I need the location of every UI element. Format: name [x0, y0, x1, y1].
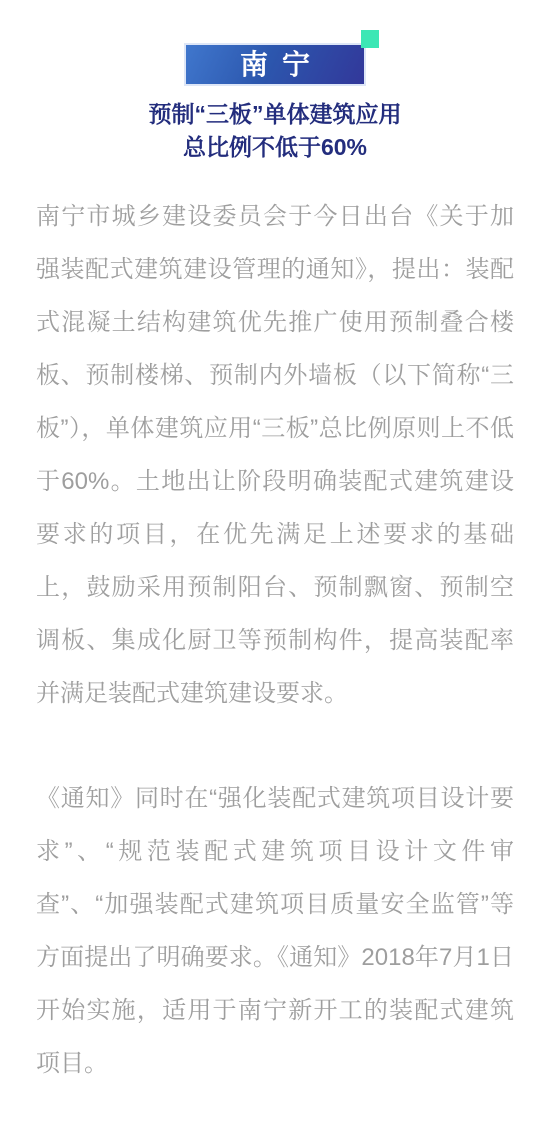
article-page: 南宁 预制“三板”单体建筑应用 总比例不低于60% 南宁市城乡建设委员会于今日出… — [0, 0, 550, 1137]
city-badge: 南宁 — [184, 43, 366, 86]
city-badge-label: 南宁 — [226, 51, 324, 79]
accent-square — [361, 30, 379, 48]
article-subtitle: 预制“三板”单体建筑应用 总比例不低于60% — [0, 98, 550, 164]
article-body: 南宁市城乡建设委员会于今日出台《关于加强装配式建筑建设管理的通知》，提出：装配式… — [36, 190, 514, 1090]
subtitle-line-1: 预制“三板”单体建筑应用 — [0, 98, 550, 131]
paragraph-1: 南宁市城乡建设委员会于今日出台《关于加强装配式建筑建设管理的通知》，提出：装配式… — [36, 190, 514, 720]
paragraph-2: 《通知》同时在“强化装配式建筑项目设计要求”、“规范装配式建筑项目设计文件审查”… — [36, 772, 514, 1090]
article-header: 南宁 预制“三板”单体建筑应用 总比例不低于60% — [0, 43, 550, 164]
subtitle-line-2: 总比例不低于60% — [0, 131, 550, 164]
